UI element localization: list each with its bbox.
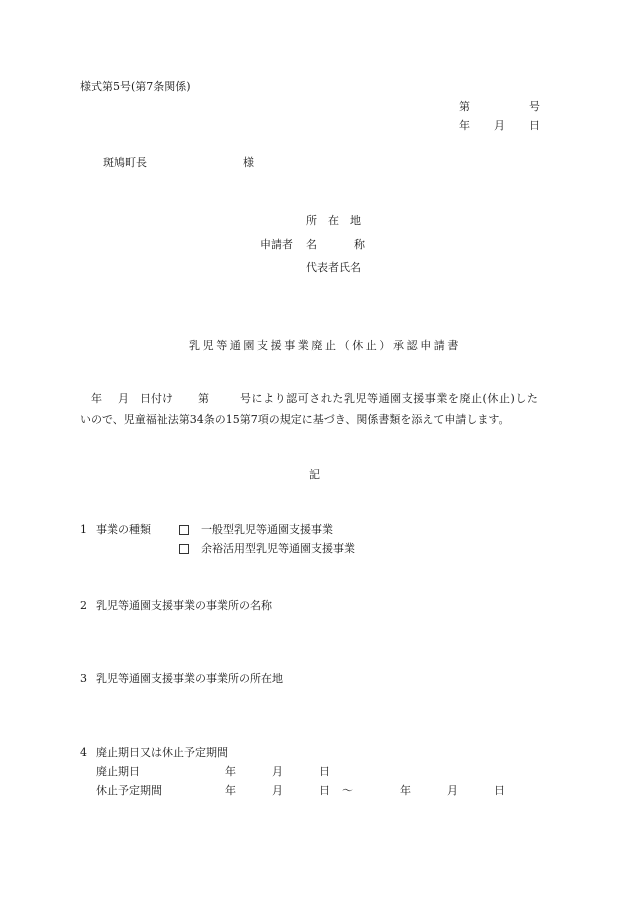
date-day: 日 bbox=[529, 120, 540, 131]
suspension-end-year: 年 bbox=[400, 785, 411, 796]
ki-heading: 記 bbox=[309, 469, 320, 480]
body-day: 日付け bbox=[140, 393, 173, 404]
item-4-number: 4 bbox=[80, 747, 87, 758]
body-line2: いので、児童福祉法第34条の15第7項の規定に基づき、関係書類を添えて申請します… bbox=[80, 414, 509, 425]
suspension-start-month: 月 bbox=[272, 785, 283, 796]
item-1-label: 事業の種類 bbox=[96, 524, 151, 535]
body-month: 月 bbox=[118, 393, 129, 404]
suspension-end-month: 月 bbox=[447, 785, 458, 796]
option-surplus-type-label: 余裕活用型乳児等通園支援事業 bbox=[201, 543, 355, 554]
applicant-label: 申請者 bbox=[260, 239, 293, 250]
body-line1-rest: 号により認可された乳児等通園支援事業を廃止(休止)した bbox=[240, 393, 538, 404]
form-number: 様式第5号(第7条関係) bbox=[80, 81, 191, 92]
date-month: 月 bbox=[494, 120, 505, 131]
applicant-name-label-1: 名 bbox=[306, 239, 317, 250]
applicant-address-label: 所 在 地 bbox=[306, 215, 361, 226]
doc-number-suffix: 号 bbox=[529, 101, 540, 112]
addressee-honorific: 様 bbox=[243, 157, 254, 168]
suspension-tilde: ～ bbox=[342, 785, 353, 796]
item-1-number: 1 bbox=[80, 524, 87, 535]
applicant-representative-label: 代表者氏名 bbox=[306, 262, 361, 273]
abolition-month: 月 bbox=[272, 766, 283, 777]
doc-number-prefix: 第 bbox=[459, 101, 470, 112]
option-general-type-label: 一般型乳児等通園支援事業 bbox=[201, 524, 333, 535]
abolition-date-label: 廃止期日 bbox=[96, 766, 140, 777]
checkbox-surplus-type[interactable] bbox=[179, 544, 189, 554]
item-3-number: 3 bbox=[80, 673, 87, 684]
date-year: 年 bbox=[459, 120, 470, 131]
applicant-name-label-2: 称 bbox=[354, 239, 365, 250]
suspension-start-day: 日 bbox=[319, 785, 330, 796]
item-2-number: 2 bbox=[80, 600, 87, 611]
abolition-year: 年 bbox=[225, 766, 236, 777]
item-2-label: 乳児等通園支援事業の事業所の名称 bbox=[96, 600, 272, 611]
abolition-day: 日 bbox=[319, 766, 330, 777]
option-surplus-type[interactable] bbox=[179, 543, 189, 554]
checkbox-general-type[interactable] bbox=[179, 525, 189, 535]
document-title: 乳児等通園支援事業廃止（休止）承認申請書 bbox=[189, 340, 461, 351]
item-4-label: 廃止期日又は休止予定期間 bbox=[96, 747, 228, 758]
suspension-end-day: 日 bbox=[494, 785, 505, 796]
body-number-prefix: 第 bbox=[198, 393, 209, 404]
option-general-type[interactable] bbox=[179, 524, 189, 535]
item-3-label: 乳児等通園支援事業の事業所の所在地 bbox=[96, 673, 283, 684]
suspension-period-label: 休止予定期間 bbox=[96, 785, 162, 796]
body-year: 年 bbox=[91, 393, 102, 404]
suspension-start-year: 年 bbox=[225, 785, 236, 796]
addressee-name: 斑鳩町長 bbox=[103, 157, 147, 168]
